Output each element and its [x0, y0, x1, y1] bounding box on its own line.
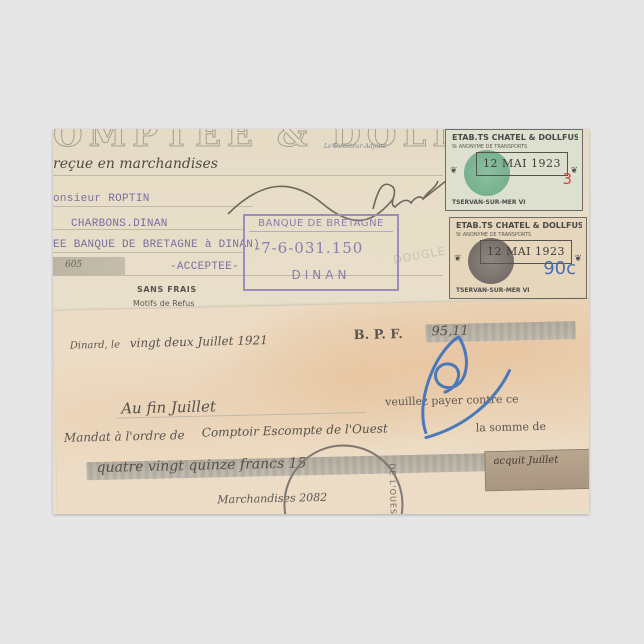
stamp-footer: TSERVAN-SUR-MER VI	[456, 287, 582, 294]
bank-stamp-number: -7-6-031.150	[255, 239, 363, 257]
ornament-icon: ❦	[570, 166, 578, 176]
place-date-prefix: Dinard, le	[70, 339, 121, 351]
faded-stamp-text: DOUGLE	[392, 245, 446, 267]
typed-accepted: -ACCEPTEE-	[170, 261, 239, 273]
stamp-footer: TSERVAN-SUR-MER VI	[452, 199, 578, 206]
ornament-icon: ❦	[450, 166, 458, 176]
acquit-stamp: acquit Juillet	[484, 449, 589, 491]
header-outline-text: OMPTEE & DOLLE	[53, 129, 494, 155]
ornament-icon: ❦	[574, 254, 582, 264]
motifs-de-refus-label: Motifs de Refus	[133, 299, 194, 308]
ornament-icon: ❦	[454, 254, 462, 264]
mandat-prefix: Mandat à l'ordre de	[64, 428, 185, 445]
fiscal-stamp-green: ETAB.TS CHATEL & DOLLFUS St ANONYME DE T…	[445, 129, 583, 211]
upper-bill-document: OMPTEE & DOLLE Le Directeur-Adjoint reçu…	[53, 129, 589, 319]
lower-mandat-document: Dinard, le vingt deux Juillet 1921 B. P.…	[53, 299, 589, 514]
sans-frais-label: SANS FRAIS	[137, 285, 197, 294]
typed-business: CHARBONS.DINAN	[71, 218, 168, 230]
bank-stamp-city: DINAN	[245, 268, 397, 282]
bpf-label: B. P. F.	[353, 327, 402, 343]
amount-value: 605	[65, 260, 82, 270]
ruled-line	[53, 252, 243, 253]
director-label: Le Directeur-Adjoint	[324, 143, 387, 150]
mandat-payee: Comptoir Escompte de l'Ouest	[202, 421, 388, 439]
acquit-stamp-text: acquit Juillet	[493, 455, 558, 467]
stamp-date: 12 MAI 1923	[476, 152, 568, 176]
vintage-document-card: OMPTEE & DOLLE Le Directeur-Adjoint reçu…	[53, 129, 589, 514]
stamp-value: 90c	[543, 258, 576, 279]
bank-stamp-name: BANQUE DE BRETAGNE	[249, 218, 393, 232]
fiscal-stamp-sepia: ETAB.TS CHATEL & DOLLFUS St ANONYME DE T…	[449, 217, 587, 299]
handwritten-intro: reçue en marchandises	[53, 156, 218, 172]
bank-stamp: BANQUE DE BRETAGNE -7-6-031.150 DINAN	[243, 214, 399, 291]
round-postmark-stamp: DE L'OUES	[282, 443, 405, 514]
stamp-subtitle: St ANONYME DE TRANSPORTS	[456, 232, 582, 238]
stamp-title: ETAB.TS CHATEL & DOLLFUS	[452, 133, 578, 142]
blue-pencil-mark-icon	[404, 331, 516, 443]
typed-bank: EE BANQUE DE BRETAGNE à DINAN)	[53, 239, 260, 251]
handwritten-date: vingt deux Juillet 1921	[130, 333, 268, 350]
due-date: Au fin Juillet	[121, 397, 216, 417]
round-stamp-text: DE L'OUES	[388, 463, 398, 514]
stamp-title: ETAB.TS CHATEL & DOLLFUS	[456, 221, 582, 230]
typed-addressee: onsieur ROPTIN	[53, 193, 150, 205]
stamp-subtitle: St ANONYME DE TRANSPORTS	[452, 144, 578, 150]
amount-box: 605	[53, 257, 125, 276]
